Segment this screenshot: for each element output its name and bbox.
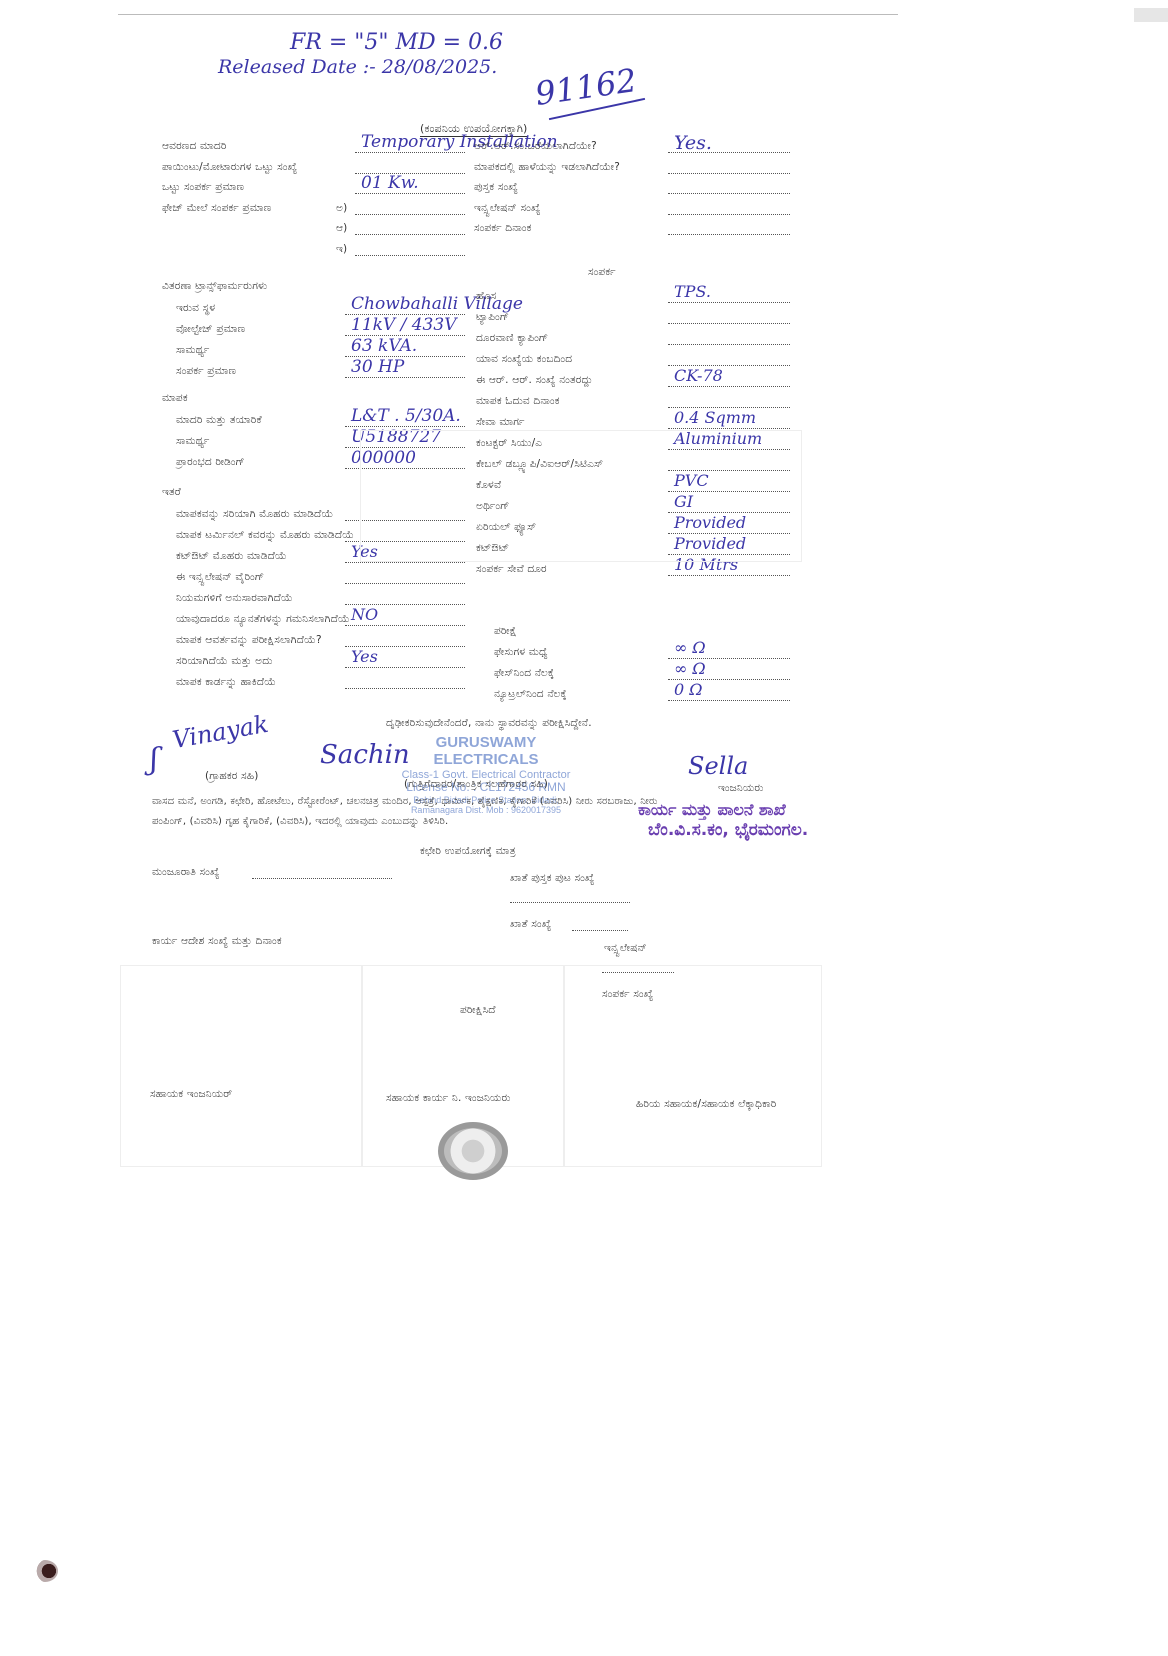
field-label: ಸರಿಯಾಗಿದೆಯೆ ಮತ್ತು ಅದು (176, 655, 273, 668)
engineer-signature-label: ಇಂಜನಿಯರು (718, 782, 764, 795)
field-input-line[interactable] (668, 214, 790, 215)
others-heading: ಇತರೆ (162, 486, 181, 499)
released-date-note: Released Date :- 28/08/2025. (218, 56, 497, 78)
field-input-line[interactable] (355, 234, 465, 235)
field-label: ಮಾಪಕದಲ್ಲಿ ಹಾಳೆಯನ್ನು ಇಡಲಾಗಿದೆಯೇ? (474, 161, 620, 174)
ledger-page-label: ಖಾತೆ ಪುಸ್ತಕ ಪುಟ ಸಂಖ್ಯೆ (510, 872, 595, 885)
ledger-page-field[interactable] (510, 902, 630, 903)
field-label: ಪಾಯಿಂಟು/ಮೋಟಾರುಗಳ ಒಟ್ಟು ಸಂಖ್ಯೆ (162, 161, 297, 174)
field-input-line[interactable] (668, 193, 790, 194)
field-input-line[interactable] (345, 688, 465, 689)
connection-heading: ಸಂಪರ್ಕ (588, 266, 616, 279)
installation-label: ಇನ್ಸ್ಟಲೇಷನ್ (604, 942, 647, 955)
contractor-stamp-name: GURUSWAMY ELECTRICALS (386, 734, 586, 769)
field-label: ಈ ಇನ್ಸ್ಟಲೇಷನ್ ವೈರಿಂಗ್ (176, 571, 264, 584)
field-label: ಫೇಜ್ ಮೇಲೆ ಸಂಪರ್ಕ ಪ್ರಮಾಣ (162, 202, 271, 215)
field-input-line[interactable] (345, 667, 465, 668)
field-label: ಮಾಪಕವನ್ನು ಸರಿಯಾಗಿ ಮೊಹರು ಮಾಡಿದೆಯೆ (176, 508, 333, 521)
field-handwritten-value: NO (351, 605, 378, 624)
field-input-line[interactable] (355, 255, 465, 256)
field-label: ಇನ್ಸ್ಟಲೇಷನ್ ಸಂಖ್ಯೆ (474, 202, 541, 215)
field-label: ಸಂಪರ್ಕ ಸೇವೆ ದೂರ (476, 563, 547, 576)
field-label: ಫೇಸ್‌ನಿಂದ ನೆಲಕ್ಕೆ (494, 667, 554, 680)
field-label: ವೋಲ್ಟೇಜ್ ಪ್ರಮಾಣ (176, 323, 245, 336)
field-label: ಮಾಪಕ ಓದುವ ದಿನಾಂಕ (476, 395, 560, 408)
field-label: ಇರುವ ಸ್ಥಳ (176, 302, 215, 315)
meter-heading: ಮಾಪಕ (162, 392, 188, 405)
company-seal (438, 1122, 508, 1180)
field-label: ಸಾಮರ್ಥ್ಯ (176, 435, 210, 448)
field-input-line[interactable] (355, 214, 465, 215)
field-handwritten-value: TPS. (674, 282, 711, 301)
engineer-stamp-office: ಕಾರ್ಯ ಮತ್ತು ಪಾಲನೆ ಶಾಖೆ (638, 800, 786, 820)
field-input-line[interactable] (668, 302, 790, 303)
usage-type-line-2: ಪಂಪಿಂಗ್, (ವಿವರಿಸಿ) ಗೃಹ ಕೈಗಾರಿಕೆ, (ವಿವರಿಸ… (152, 816, 448, 827)
field-label: ಮಾದರಿ ಮತ್ತು ತಯಾರಿಕೆ (176, 414, 262, 427)
transformer-heading: ವಿತರಣಾ ಟ್ರಾನ್ಸ್‌ಫಾರ್ಮರುಗಳು (162, 280, 267, 293)
field-label: ಯಾವ ಸಂಖ್ಯೆಯ ಕಂಬದಿಂದ (476, 353, 572, 366)
field-label: ಮಾಪಕ ಆವರ್ತವನ್ನು ಪರೀಕ್ಷಿಸಲಾಗಿದೆಯೆ? (176, 634, 322, 647)
field-handwritten-value: 30 HP (351, 357, 404, 377)
field-label: ಆರ್.ಆರ್.ಸಂ.ಬರೆಯಲಾಗಿದೆಯೇ? (474, 140, 597, 153)
showthrough-table (360, 430, 802, 562)
test-heading: ಪರೀಕ್ಷೆ (494, 625, 517, 638)
contractor-signature-label: (ಗುತ್ತಿಗೆದಾರರ/ತಾಂತ್ರಿಕ ಸಲಹೆಗಾರರ ಸಹಿ) (404, 778, 548, 791)
field-input-line[interactable] (668, 234, 790, 235)
field-label: ಕಟ್‌ಔಟ್ ಮೊಹರು ಮಾಡಿದೆಯೆ (176, 550, 287, 563)
field-handwritten-value: 11kV / 433V (351, 315, 456, 335)
field-handwritten-value: Yes (351, 647, 378, 666)
field-handwritten-value: ∞ Ω (674, 659, 706, 678)
field-handwritten-value: 01 Kw. (361, 173, 419, 193)
field-label: ಮಾಪಕ ಕಾರ್ಡನ್ನು ಹಾಕಿದೆಯೆ (176, 676, 276, 689)
consumer-signature-label: (ಗ್ರಾಹಕರ ಸಹಿ) (205, 770, 259, 783)
field-label: ಒಟ್ಟು ಸಂಪರ್ಕ ಪ್ರಮಾಣ (162, 181, 244, 194)
field-prefix: ಆ) (336, 222, 347, 235)
field-input-line[interactable] (345, 583, 465, 584)
ink-blot (32, 1560, 58, 1582)
showthrough-box-left (120, 965, 362, 1167)
field-input-line[interactable] (668, 700, 790, 701)
scan-shadow (1134, 8, 1168, 22)
usage-type-line-1: ವಾಸದ ಮನೆ, ಅಂಗಡಿ, ಕಛೇರಿ, ಹೋಟೆಲು, ರೆಸ್ಟೋರೆ… (152, 796, 658, 807)
field-input-line[interactable] (345, 377, 465, 378)
field-input-line[interactable] (345, 625, 465, 626)
field-label: ಆವರಣದ ಮಾದರಿ (162, 140, 227, 153)
office-use-heading: ಕಛೇರಿ ಉಪಯೋಗಕ್ಕೆ ಮಾತ್ರ (420, 845, 516, 858)
field-label: ಫೇಸುಗಳ ಮಧ್ಯೆ (494, 646, 548, 659)
field-label: ನ್ಯೂಟ್ರಲ್‌ನಿಂದ ನೆಲಕ್ಕೆ (494, 688, 567, 701)
field-handwritten-value: ∞ Ω (674, 638, 706, 657)
field-label: ಸಾಮರ್ಥ್ಯ (176, 344, 210, 357)
field-label: ಯಾವುದಾದರೂ ನ್ಯೂನತೆಗಳನ್ನು ಗಮನಿಸಲಾಗಿದೆಯೆ (176, 613, 350, 626)
field-label: ಸಂಪರ್ಕ ದಿನಾಂಕ (474, 222, 532, 235)
file-number: 91162 (533, 61, 639, 113)
field-prefix: ಇ) (336, 243, 347, 256)
field-label: ಟ್ಯಾಪಿಂಗ್ (476, 311, 509, 324)
field-label: ಹೊಸ (476, 290, 496, 303)
contractor-signature: Sachin (320, 740, 410, 770)
field-label: ಪುಸ್ತಕ ಸಂಖ್ಯೆ (474, 181, 518, 194)
field-label: ಈ ಆರ್. ಆರ್. ಸಂಖ್ಯೆ ನಂತರದ್ದು (476, 374, 593, 387)
field-input-line[interactable] (345, 562, 465, 563)
engineer-stamp-location: ಬೆಂ.ವಿ.ಸ.ಕಂ, ಭೈರಮಂಗಲ. (648, 820, 808, 840)
field-handwritten-value: 0.4 Sqmm (674, 408, 756, 427)
account-no-label: ಖಾತೆ ಸಂಖ್ಯೆ (510, 918, 551, 931)
certification-text: ದೃಢೀಕರಿಸುವುದೇನೆಂದರೆ, ನಾನು ಸ್ಥಾವರವನ್ನು ಪರ… (386, 717, 592, 730)
field-label: ಸಂಪರ್ಕ ಪ್ರಮಾಣ (176, 365, 236, 378)
fr-md-note: FR = "5" MD = 0.6 (290, 30, 503, 55)
engineer-signature: Sella (688, 752, 748, 780)
field-input-line[interactable] (355, 193, 465, 194)
field-input-line[interactable] (668, 386, 790, 387)
field-label: ಸೇವಾ ಮಾರ್ಗ (476, 416, 525, 429)
field-input-line[interactable] (668, 344, 790, 345)
consumer-signature: Vinayak (170, 710, 270, 754)
showthrough-box-right (564, 965, 822, 1167)
field-prefix: ಅ) (336, 202, 347, 215)
field-input-line[interactable] (668, 323, 790, 324)
field-label: ಮಾಪಕ ಟರ್ಮಿನಲ್ ಕವರನ್ನು ಮೊಹರು ಮಾಡಿದೆಯೆ (176, 529, 354, 542)
field-input-line[interactable] (668, 575, 790, 576)
field-handwritten-value: 63 kVA. (351, 336, 417, 356)
scan-top-edge (118, 14, 898, 15)
work-order-label: ಕಾರ್ಯ ಆದೇಶ ಸಂಖ್ಯೆ ಮತ್ತು ದಿನಾಂಕ (152, 935, 282, 948)
sanction-no-field[interactable] (252, 878, 392, 879)
field-input-line[interactable] (355, 152, 465, 153)
account-no-field[interactable] (572, 930, 628, 931)
field-handwritten-value: 0 Ω (674, 680, 703, 699)
consumer-signature-flourish: ʃ (150, 742, 158, 777)
sanction-no-label: ಮಂಜೂರಾತಿ ಸಂಖ್ಯೆ (152, 866, 220, 879)
field-label: ದೂರವಾಣಿ ಕ್ಯಾಪಿಂಗ್ (476, 332, 548, 345)
field-input-line[interactable] (668, 173, 790, 174)
field-handwritten-value: L&T . 5/30A. (351, 406, 461, 426)
field-handwritten-value: CK-78 (674, 366, 723, 385)
field-handwritten-value: Yes. (674, 132, 712, 154)
field-label: ನಿಯಮಗಳಿಗೆ ಅನುಸಾರವಾಗಿದೆಯೆ (176, 592, 293, 605)
field-label: ಪ್ರಾರಂಭದ ರೀಡಿಂಗ್ (176, 456, 245, 469)
